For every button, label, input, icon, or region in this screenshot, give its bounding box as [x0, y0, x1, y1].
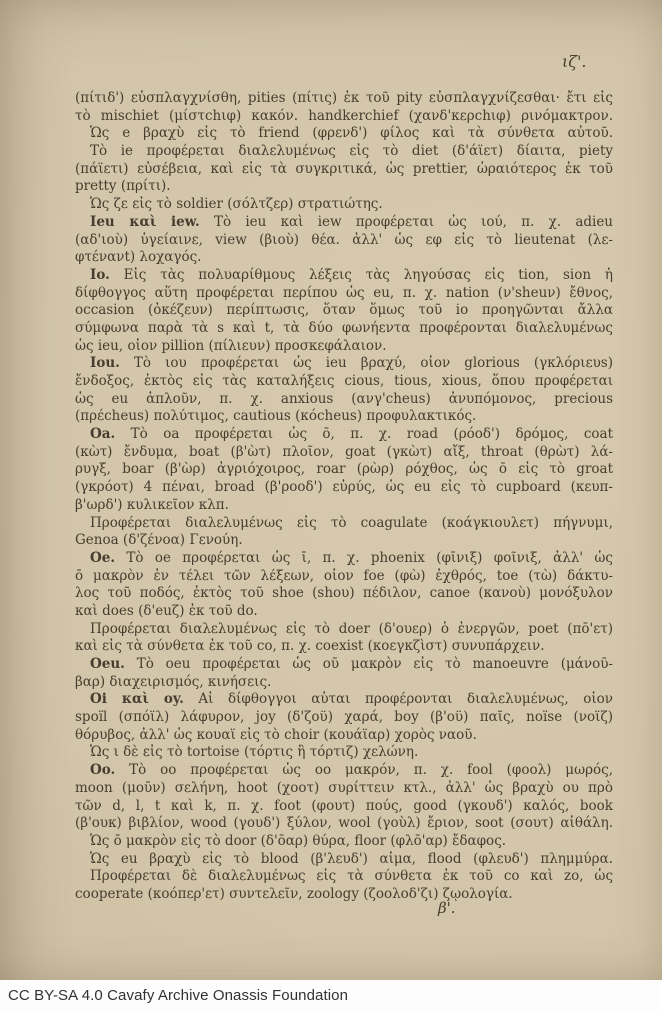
text-line: Ieu καὶ iew. Τὸ ieu καὶ iew προφέρεται ὡ… — [75, 214, 613, 232]
line-text: Τὸ oeu προφέρεται ὡς οῡ μακρὸν εἰς τὸ ma… — [125, 656, 613, 672]
line-text: occasion (ὀκέζευν) περίπτωσις, ὅταν ὅμως… — [75, 302, 613, 318]
text-line: Genoa (δ'ζένοα) Γενούη. — [75, 532, 613, 550]
text-line: Προφέρεται διαλελυμένως εἰς τὸ doer (δ'ο… — [75, 621, 613, 639]
text-line: Oe. Τὸ oe προφέρεται ὡς ῑ, π. χ. phoenix… — [75, 550, 613, 568]
text-line: Τὸ ie προφέρεται διαλελυμένως εἰς τὸ die… — [75, 143, 613, 161]
line-text: moon (μοῡν) σελήνη, hoot (χοοτ) συρίττει… — [75, 780, 613, 796]
text-line: βαρ) διαχειρισμός, κινήσεις. — [75, 674, 613, 692]
line-text: Τὸ ie προφέρεται διαλελυμένως εἰς τὸ die… — [90, 143, 613, 159]
paragraph-lead: Oe. — [90, 550, 115, 566]
line-text: Ὡς ō μακρὸν εἰς τὸ door (δ'ōαρ) θύρα, fl… — [90, 833, 506, 849]
text-line: φτένανt) λοχαγός. — [75, 249, 613, 267]
line-text: τὸ mischiet (μίστchιφ) κακόν. handkerchi… — [75, 108, 613, 124]
text-line: (πίτιδ') εὐσπλαγχνίσθη, pities (πίτις) ἐ… — [75, 90, 613, 108]
text-line: β'ωρδ') κυλικεῖον κλπ. — [75, 497, 613, 515]
paragraph-lead: Oeu. — [90, 656, 125, 672]
line-text: Genoa (δ'ζένοα) Γενούη. — [75, 532, 243, 548]
line-text: τῶν d, l, t καὶ k, π. χ. foot (φουτ) πού… — [75, 798, 613, 814]
line-text: ἔνδοξος, ἐκτὸς εἰς τὰς καταλήξεις cious,… — [75, 373, 613, 389]
line-text: σύμφωνα παρὰ τὰ s καὶ t, τὰ δύο φωνήεντα… — [75, 320, 613, 336]
license-bar: CC BY-SA 4.0 Cavafy Archive Onassis Foun… — [0, 980, 662, 1010]
text-line: Προφέρεται διαλελυμένως εἰς τὸ coagulate… — [75, 515, 613, 533]
text-line: pretty (πρίτι). — [75, 178, 613, 196]
signature-mark: β'. — [438, 899, 456, 917]
text-line: Ὡς ō μακρὸν εἰς τὸ door (δ'ōαρ) θύρα, fl… — [75, 833, 613, 851]
line-text: (γκρόοτ) 4 πέναι, broad (β'ροοδ') εὐρύς,… — [75, 479, 613, 495]
text-line: Oi καὶ oy. Αἱ δίφθογγοι αὗται προφέροντα… — [75, 691, 613, 709]
text-line: Ὡς eu βραχὺ εἰς τὸ blood (β'λευδ') αἷμα,… — [75, 851, 613, 869]
line-text: Εἰς τὰς πολυαρίθμους λέξεις τὰς ληγούσας… — [110, 267, 613, 283]
text-line: (γκρόοτ) 4 πέναι, broad (β'ροοδ') εὐρύς,… — [75, 479, 613, 497]
line-text: Προφέρεται δὲ διαλελυμένως εἰς τὰ σύνθετ… — [90, 868, 613, 884]
line-text: (πρέcheus) πολύτιμος, cautious (κόcheus)… — [75, 408, 476, 424]
paragraph-lead: Oo. — [90, 762, 115, 778]
line-text: (πίτιδ') εὐσπλαγχνίσθη, pities (πίτις) ἐ… — [75, 90, 613, 106]
text-block: (πίτιδ') εὐσπλαγχνίσθη, pities (πίτις) ἐ… — [75, 90, 613, 904]
line-text: ρυγξ, boar (β'ὼρ) ἀγριόχοιρος, roar (ρὼρ… — [75, 461, 613, 477]
line-text: Τὸ ιου προφέρεται ὡς ieu βραχύ, οἷον glo… — [120, 355, 613, 371]
text-line: ρυγξ, boar (β'ὼρ) ἀγριόχοιρος, roar (ρὼρ… — [75, 461, 613, 479]
text-line: ō μακρὸν ἐν τέλει τῶν λέξεων, οἷον foe (… — [75, 568, 613, 586]
text-line: (πρέcheus) πολύτιμος, cautious (κόcheus)… — [75, 408, 613, 426]
paragraph-lead: Oa. — [90, 426, 115, 442]
line-text: Ὡς eu βραχὺ εἰς τὸ blood (β'λευδ') αἷμα,… — [90, 851, 613, 867]
text-line: καὶ does (δ'euζ) ἐκ τοῦ do. — [75, 603, 613, 621]
text-line: ὡς eu ἁπλοῦν, π. χ. anxious (ανγ'cheus) … — [75, 391, 613, 409]
text-line: Προφέρεται δὲ διαλελυμένως εἰς τὰ σύνθετ… — [75, 868, 613, 886]
scanned-book-page: ιζ'. (πίτιδ') εὐσπλαγχνίσθη, pities (πίτ… — [0, 0, 662, 980]
line-text: Ὡς ι δὲ εἰς τὸ tortoise (τόρτις ἢ τόρτιζ… — [90, 744, 418, 760]
line-text: β'ωρδ') κυλικεῖον κλπ. — [75, 497, 229, 513]
text-line: (β'ουκ) βιβλίον, wood (γουδ') ξύλον, woo… — [75, 815, 613, 833]
text-line: σύμφωνα παρὰ τὰ s καὶ t, τὰ δύο φωνήεντα… — [75, 320, 613, 338]
text-line: λος τοῦ ποδός, ἐκτὸς τοῦ shoe (shoυ) πέδ… — [75, 585, 613, 603]
text-line: spoïl (σπόϊλ) λάφυρον, joy (δ'ζοϋ) χαρά,… — [75, 709, 613, 727]
text-line: δίφθογγος αὕτη προφέρεται περίπου ὡς eu,… — [75, 285, 613, 303]
line-text: (πάϊετι) εὐσέβεια, καὶ εἰς τὰ συγκριτικά… — [75, 161, 613, 177]
line-text: Ὡς e βραχὺ εἰς τὸ friend (φρενδ') φίλος … — [90, 125, 613, 141]
text-line: occasion (ὀκέζευν) περίπτωσις, ὅταν ὅμως… — [75, 302, 613, 320]
line-text: καὶ does (δ'euζ) ἐκ τοῦ do. — [75, 603, 258, 619]
line-text: Προφέρεται διαλελυμένως εἰς τὸ coagulate… — [90, 515, 613, 531]
text-line: (πάϊετι) εὐσέβεια, καὶ εἰς τὰ συγκριτικά… — [75, 161, 613, 179]
line-text: φτένανt) λοχαγός. — [75, 249, 201, 265]
text-line: Io. Εἰς τὰς πολυαρίθμους λέξεις τὰς ληγο… — [75, 267, 613, 285]
line-text: θόρυβος, ἀλλ' ὡς κουαϊ εἰς τὸ choir (κου… — [75, 727, 477, 743]
text-line: Oa. Τὸ oa προφέρεται ὡς ō, π. χ. road (ρ… — [75, 426, 613, 444]
text-line: cooperate (κοόπερ'ετ) συντελεῖν, zoology… — [75, 886, 613, 904]
line-text: λος τοῦ ποδός, ἐκτὸς τοῦ shoe (shoυ) πέδ… — [75, 585, 613, 601]
text-line: (αδ'ιοὺ) ὑγείαινε, view (βιοὺ) θέα. ἀλλ'… — [75, 232, 613, 250]
line-text: βαρ) διαχειρισμός, κινήσεις. — [75, 674, 271, 690]
paragraph-lead: Oi καὶ oy. — [90, 691, 184, 707]
license-text: CC BY-SA 4.0 Cavafy Archive Onassis Foun… — [0, 987, 348, 1004]
line-text: spoïl (σπόϊλ) λάφυρον, joy (δ'ζοϋ) χαρά,… — [75, 709, 613, 725]
paragraph-lead: Ieu καὶ iew. — [90, 214, 200, 230]
text-line: τὸ mischiet (μίστchιφ) κακόν. handkerchi… — [75, 108, 613, 126]
line-text: ō μακρὸν ἐν τέλει τῶν λέξεων, οἷον foe (… — [75, 568, 613, 584]
text-line: ἔνδοξος, ἐκτὸς εἰς τὰς καταλήξεις cious,… — [75, 373, 613, 391]
line-text: δίφθογγος αὕτη προφέρεται περίπου ὡς eu,… — [75, 285, 613, 301]
line-text: Ὡς ζε εἰς τὸ soldier (σόλτζερ) στρατιώτη… — [90, 196, 383, 212]
line-text: Τὸ oa προφέρεται ὡς ō, π. χ. road (ρόοδ'… — [115, 426, 613, 442]
text-line: καὶ εἰς τὰ σύνθετα ἐκ τοῦ co, π. χ. coex… — [75, 638, 613, 656]
line-text: Τὸ oo προφέρεται ὡς οο μακρόν, π. χ. foo… — [115, 762, 613, 778]
text-line: (κὼτ) ἔνδυμα, boat (β'ὼτ) πλοῖον, goat (… — [75, 444, 613, 462]
text-line: ὡς ieu, οἷον pillion (πίλιευν) προσκεφάλ… — [75, 338, 613, 356]
line-text: pretty (πρίτι). — [75, 178, 171, 194]
text-line: τῶν d, l, t καὶ k, π. χ. foot (φουτ) πού… — [75, 798, 613, 816]
text-line: Oeu. Τὸ oeu προφέρεται ὡς οῡ μακρὸν εἰς … — [75, 656, 613, 674]
text-line: moon (μοῡν) σελήνη, hoot (χοοτ) συρίττει… — [75, 780, 613, 798]
line-text: (αδ'ιοὺ) ὑγείαινε, view (βιοὺ) θέα. ἀλλ'… — [75, 232, 613, 248]
line-text: καὶ εἰς τὰ σύνθετα ἐκ τοῦ co, π. χ. coex… — [75, 638, 545, 654]
text-line: θόρυβος, ἀλλ' ὡς κουαϊ εἰς τὸ choir (κου… — [75, 727, 613, 745]
line-text: Τὸ ieu καὶ iew προφέρεται ὡς ιού, π. χ. … — [200, 214, 613, 230]
text-line: Ὡς ι δὲ εἰς τὸ tortoise (τόρτις ἢ τόρτιζ… — [75, 744, 613, 762]
line-text: Τὸ oe προφέρεται ὡς ῑ, π. χ. phoenix (φῑ… — [115, 550, 613, 566]
line-text: (β'ουκ) βιβλίον, wood (γουδ') ξύλον, woo… — [75, 815, 613, 831]
line-text: (κὼτ) ἔνδυμα, boat (β'ὼτ) πλοῖον, goat (… — [75, 444, 613, 460]
text-line: Ὡς ζε εἰς τὸ soldier (σόλτζερ) στρατιώτη… — [75, 196, 613, 214]
text-line: Oo. Τὸ oo προφέρεται ὡς οο μακρόν, π. χ.… — [75, 762, 613, 780]
line-text: ὡς ieu, οἷον pillion (πίλιευν) προσκεφάλ… — [75, 338, 387, 354]
page-number: ιζ'. — [562, 52, 586, 71]
text-line: Ὡς e βραχὺ εἰς τὸ friend (φρενδ') φίλος … — [75, 125, 613, 143]
line-text: Προφέρεται διαλελυμένως εἰς τὸ doer (δ'ο… — [90, 621, 613, 637]
line-text: Αἱ δίφθογγοι αὗται προφέρονται διαλελυμέ… — [184, 691, 613, 707]
paragraph-lead: Iou. — [90, 355, 120, 371]
paragraph-lead: Io. — [90, 267, 110, 283]
line-text: ὡς eu ἁπλοῦν, π. χ. anxious (ανγ'cheus) … — [75, 391, 613, 407]
text-line: Iou. Τὸ ιου προφέρεται ὡς ieu βραχύ, οἷο… — [75, 355, 613, 373]
